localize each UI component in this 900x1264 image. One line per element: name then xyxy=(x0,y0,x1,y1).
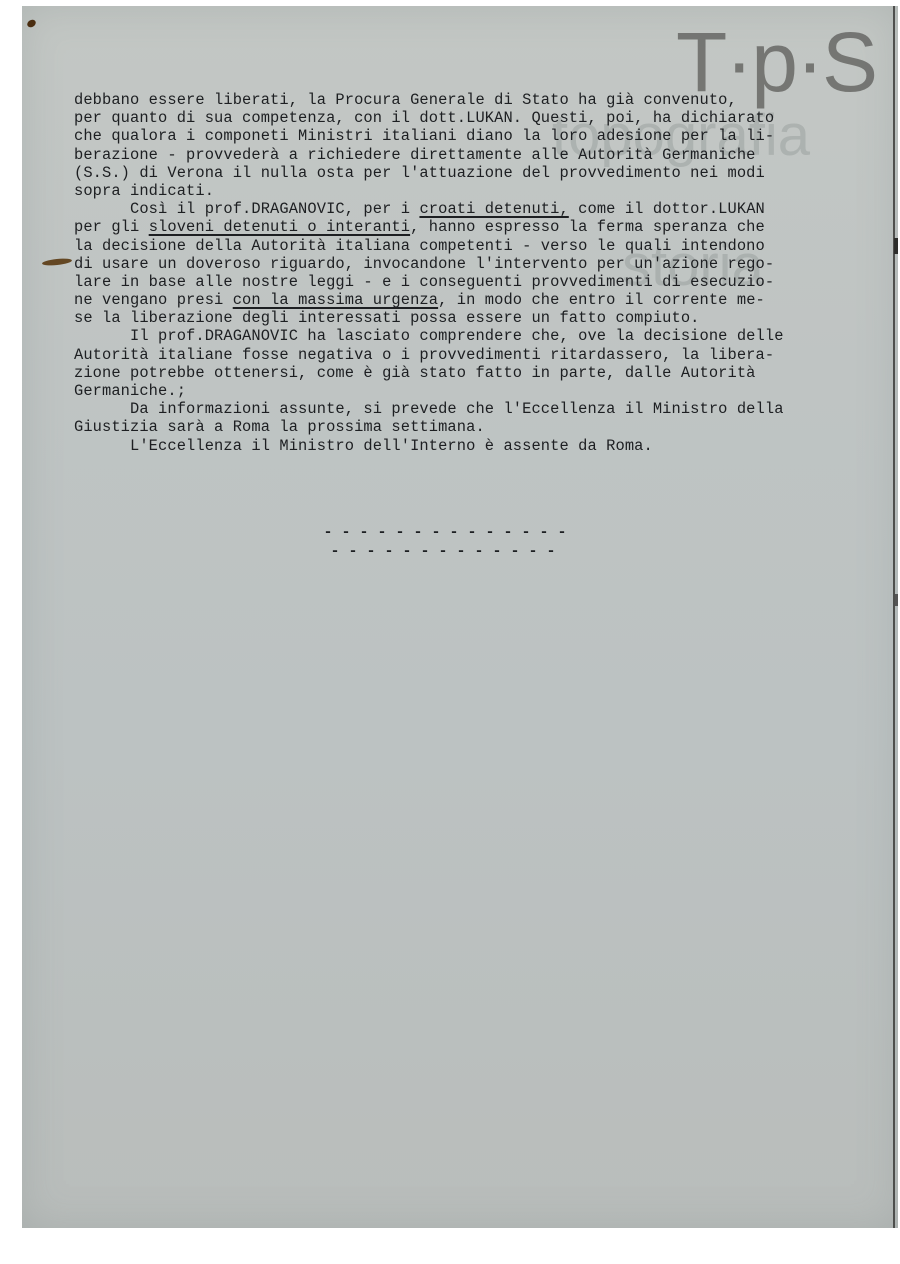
text-line: lare in base alle nostre leggi - e i con… xyxy=(74,273,900,291)
text-line: Autorità italiane fosse negativa o i pro… xyxy=(74,346,900,364)
text-line: L'Eccellenza il Ministro dell'Interno è … xyxy=(74,437,900,455)
text-line: se la liberazione degli interessati poss… xyxy=(74,309,900,327)
text-segment: come il dottor.LUKAN xyxy=(569,200,765,218)
text-line: sopra indicati. xyxy=(74,182,900,200)
text-segment: L'Eccellenza il Ministro dell'Interno è … xyxy=(74,437,653,455)
text-line: zione potrebbe ottenersi, come è già sta… xyxy=(74,364,900,382)
text-segment: berazione - provvederà a richiedere dire… xyxy=(74,146,756,164)
text-segment: Giustizia sarà a Roma la prossima settim… xyxy=(74,418,485,436)
text-segment: Così il prof.DRAGANOVIC, per i xyxy=(74,200,419,218)
text-line: Il prof.DRAGANOVIC ha lasciato comprende… xyxy=(74,327,900,345)
text-segment: Da informazioni assunte, si prevede che … xyxy=(74,400,784,418)
text-segment: , in modo che entro il corrente me- xyxy=(438,291,765,309)
text-line: di usare un doveroso riguardo, invocando… xyxy=(74,255,900,273)
text-line: ne vengano presi con la massima urgenza,… xyxy=(74,291,900,309)
text-line: debbano essere liberati, la Procura Gene… xyxy=(74,91,900,109)
text-line: che qualora i componeti Ministri italian… xyxy=(74,127,900,145)
text-segment: (S.S.) di Verona il nulla osta per l'att… xyxy=(74,164,765,182)
text-segment: sopra indicati. xyxy=(74,182,214,200)
text-segment: di usare un doveroso riguardo, invocando… xyxy=(74,255,774,273)
text-segment: Autorità italiane fosse negativa o i pro… xyxy=(74,346,774,364)
text-segment: che qualora i componeti Ministri italian… xyxy=(74,127,774,145)
text-line: berazione - provvederà a richiedere dire… xyxy=(74,146,900,164)
text-segment: la decisione della Autorità italiana com… xyxy=(74,237,765,255)
underlined-phrase: con la massima urgenza xyxy=(233,291,438,309)
text-segment: lare in base alle nostre leggi - e i con… xyxy=(74,273,774,291)
text-line: Così il prof.DRAGANOVIC, per i croati de… xyxy=(74,200,900,218)
text-line: Giustizia sarà a Roma la prossima settim… xyxy=(74,418,900,436)
underlined-phrase: sloveni detenuti o interanti xyxy=(149,218,410,236)
text-segment: per quanto di sua competenza, con il dot… xyxy=(74,109,774,127)
separator-dashes: - - - - - - - - - - - - - xyxy=(5,543,881,560)
text-segment: debbano essere liberati, la Procura Gene… xyxy=(74,91,737,109)
text-line: (S.S.) di Verona il nulla osta per l'att… xyxy=(74,164,900,182)
text-line: Da informazioni assunte, si prevede che … xyxy=(74,400,900,418)
text-line: la decisione della Autorità italiana com… xyxy=(74,237,900,255)
binding-mark xyxy=(895,594,898,606)
text-segment: , hanno espresso la ferma speranza che xyxy=(410,218,765,236)
typewritten-body: debbano essere liberati, la Procura Gene… xyxy=(74,91,900,455)
text-line: per gli sloveni detenuti o interanti, ha… xyxy=(74,218,900,236)
separator-dashes: - - - - - - - - - - - - - - xyxy=(7,524,883,541)
text-line: per quanto di sua competenza, con il dot… xyxy=(74,109,900,127)
text-segment: ne vengano presi xyxy=(74,291,233,309)
text-segment: Germaniche.; xyxy=(74,382,186,400)
text-segment: Il prof.DRAGANOVIC ha lasciato comprende… xyxy=(74,327,784,345)
ink-stain xyxy=(42,257,72,266)
text-segment: se la liberazione degli interessati poss… xyxy=(74,309,700,327)
scanned-page: topografia storia T·p·S debbano essere l… xyxy=(22,6,898,1228)
ink-stain xyxy=(26,18,37,29)
text-segment: per gli xyxy=(74,218,149,236)
underlined-phrase: croati detenuti, xyxy=(419,200,568,218)
text-segment: zione potrebbe ottenersi, come è già sta… xyxy=(74,364,756,382)
text-line: Germaniche.; xyxy=(74,382,900,400)
